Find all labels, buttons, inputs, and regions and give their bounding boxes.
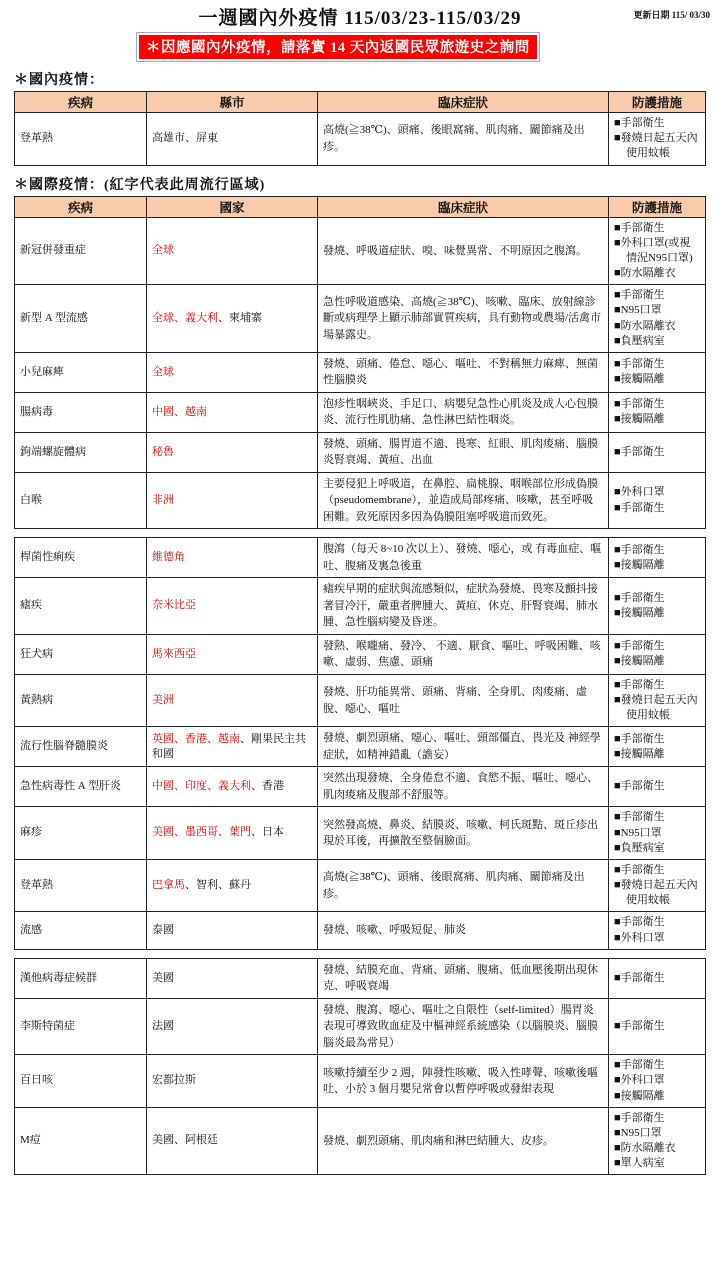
region-list: 宏都拉斯 [147,1055,318,1108]
table-row: 桿菌性痢疾維德角腹瀉（每天 8~10 次以上）、發燒、噁心，或 有毒血症、嘔吐、… [15,538,706,578]
region-segment-highlighted: 維德角 [152,551,185,563]
col-header-country: 國家 [147,196,318,217]
region-segment: 宏都拉斯 [152,1074,196,1086]
protection-measures: ■手部衛生■接觸隔離 [609,352,706,392]
disease-name: 急性病毒性 A 型肝炎 [15,767,147,807]
epidemic-report-page: 一週國內外疫情 115/03/23-115/03/29 更新日期 115/ 03… [0,0,720,1280]
protection-measure-item: ■負壓病室 [614,841,700,856]
disease-name: 流感 [15,912,147,949]
protection-measures: ■手部衛生 [609,958,706,998]
region-segment-highlighted: 全球 [152,244,174,256]
table-row: 瘧疾奈米比亞瘧疾早期的症狀與流感類似，症狀為發燒、畏寒及顫抖接著冒冷汗，嚴重者脾… [15,578,706,635]
table-row: 登革熱巴拿馬、智利、蘇丹高燒(≧38℃)、頭痛、後眼窩痛、肌肉痛、關節痛及出疹。… [15,859,706,912]
clinical-symptoms: 發燒、頭痛、腸胃道不適、畏寒、紅眼、肌肉痠痛、腦膜炎腎衰竭、黃疸、出血 [318,432,609,472]
region-segment-highlighted: 全球 [152,366,174,378]
table-row: 小兒麻痺全球發燒、頭痛、倦怠、噁心、嘔吐、不對稱無力麻痺、無菌性腦膜炎■手部衛生… [15,352,706,392]
protection-measure-item: ■接觸隔離 [614,1089,700,1104]
protection-measure-item: ■手部衛生 [614,1019,700,1034]
protection-measure-item: ■接觸隔離 [614,412,700,427]
disease-name: 桿菌性痢疾 [15,538,147,578]
region-list: 英國、香港、越南、剛果民主共和國 [147,727,318,767]
region-list: 高雄市、屏東 [147,113,318,166]
disease-name: 腸病毒 [15,392,147,432]
international-table-header: 疾病 國家 臨床症狀 防護措施 [15,196,706,217]
protection-measures: ■手部衛生■N95口罩■防水隔離衣■單人病室 [609,1107,706,1175]
protection-measure-item: ■防水隔離衣 [614,266,700,281]
table-row: 登革熱高雄市、屏東高燒(≧38℃)、頭痛、後眼窩痛、肌肉痛、關節痛及出疹。■手部… [15,113,706,166]
table-row: 白喉非洲主要侵犯上呼吸道，在鼻腔、扁桃腺、咽喉部位形成偽膜（pseudomemb… [15,472,706,529]
protection-measures: ■手部衛生■外科口罩 [609,912,706,949]
protection-measure-item: ■手部衛生 [614,221,700,236]
protection-measure-item: ■手部衛生 [614,915,700,930]
region-segment: 泰國 [152,924,174,936]
protection-measure-item: ■手部衛生 [614,732,700,747]
disease-name: 狂犬病 [15,634,147,674]
disease-name: 新冠併發重症 [15,217,147,285]
region-list: 美國、阿根廷 [147,1107,318,1175]
region-segment-highlighted: 奈米比亞 [152,599,196,611]
protection-measure-item: ■手部衛生 [614,501,700,516]
clinical-symptoms: 發燒、腹瀉、噁心、嘔吐之自限性（self-limited）腸胃炎表現可導致敗血症… [318,998,609,1055]
notice-banner-text: ＊因應國內外疫情，請落實 14 天內返國民眾旅遊史之詢問 [139,35,537,59]
domestic-epidemic-table: 疾病 縣市 臨床症狀 防護措施 登革熱高雄市、屏東高燒(≧38℃)、頭痛、後眼窩… [14,91,706,166]
region-list: 泰國 [147,912,318,949]
protection-measures: ■手部衛生■外科口罩(或視情況N95口罩)■防水隔離衣 [609,217,706,285]
protection-measure-item: ■防水隔離衣 [614,1141,700,1156]
region-list: 美國、墨西哥、葉門、日本 [147,807,318,860]
region-segment-highlighted: 美洲 [152,694,174,706]
col-header-disease: 疾病 [15,196,147,217]
clinical-symptoms: 突然發高燒、鼻炎、結膜炎、咳嗽、柯氏斑點、斑丘疹出現於耳後，再擴散至整個臉面。 [318,807,609,860]
clinical-symptoms: 發燒、呼吸道症狀、嗅、味覺異常、不明原因之腹瀉。 [318,217,609,285]
protection-measures: ■手部衛生■接觸隔離 [609,392,706,432]
disease-name: 新型 A 型流感 [15,285,147,353]
col-header-measures: 防護措施 [609,196,706,217]
region-list: 維德角 [147,538,318,578]
protection-measure-item: ■N95口罩 [614,826,700,841]
protection-measure-item: ■N95口罩 [614,303,700,318]
protection-measure-item: ■手部衛生 [614,591,700,606]
protection-measures: ■手部衛生 [609,767,706,807]
col-header-measures: 防護措施 [609,92,706,113]
clinical-symptoms: 泡疹性咽峽炎、手足口、病嬰兒急性心肌炎及成人心包膜炎、流行性肌肋痛、急性淋巴結性… [318,392,609,432]
clinical-symptoms: 發熱、喉嚨痛、發冷、 不適、厭食、嘔吐、呼吸困難、咳嗽、虛弱、焦慮、頭痛 [318,634,609,674]
table-row: 流行性腦脊髓膜炎英國、香港、越南、剛果民主共和國發燒、劇烈頭痛、噁心、嘔吐、頸部… [15,727,706,767]
region-list: 中國、越南 [147,392,318,432]
protection-measure-item: ■外科口罩(或視情況N95口罩) [614,236,700,266]
region-segment: 、柬埔寨 [218,312,262,324]
disease-name: 白喉 [15,472,147,529]
region-segment-highlighted: 巴拿馬 [152,879,185,891]
region-list: 全球 [147,217,318,285]
protection-measures: ■手部衛生■外科口罩■接觸隔離 [609,1055,706,1108]
international-section-heading: ＊國際疫情：(紅字代表此周流行區域) [14,174,720,194]
region-segment: 美國、阿根廷 [152,1134,218,1146]
region-segment: 法國 [152,1020,174,1032]
page-title: 一週國內外疫情 115/03/23-115/03/29 [0,3,720,30]
region-list: 全球、義大利、柬埔寨 [147,285,318,353]
region-segment: 高雄市、屏東 [152,132,218,144]
region-list: 奈米比亞 [147,578,318,635]
international-epidemic-table-2: 桿菌性痢疾維德角腹瀉（每天 8~10 次以上）、發燒、噁心，或 有毒血症、嘔吐、… [14,537,706,949]
region-segment-highlighted: 馬來西亞 [152,648,196,660]
clinical-symptoms: 瘧疾早期的症狀與流感類似，症狀為發燒、畏寒及顫抖接著冒冷汗，嚴重者脾腫大、黃疸、… [318,578,609,635]
protection-measures: ■外科口罩■手部衛生 [609,472,706,529]
region-list: 秘魯 [147,432,318,472]
protection-measure-item: ■發燒日起五天內使用蚊帳 [614,693,700,723]
disease-name: 流行性腦脊髓膜炎 [15,727,147,767]
region-segment-highlighted: 秘魯 [152,446,174,458]
disease-name: 百日咳 [15,1055,147,1108]
clinical-symptoms: 咳嗽持續至少 2 週，陣發性咳嗽、吸入性哮聲、咳嗽後嘔吐、小於 3 個月嬰兒常會… [318,1055,609,1108]
domestic-section-heading: ＊國內疫情： [14,69,720,89]
domestic-table-header: 疾病 縣市 臨床症狀 防護措施 [15,92,706,113]
clinical-symptoms: 發燒、劇烈頭痛、噁心、嘔吐、頸部僵直、畏光及 神經學症狀，如精神錯亂（譫妄） [318,727,609,767]
protection-measure-item: ■N95口罩 [614,1126,700,1141]
disease-name: 李斯特菌症 [15,998,147,1055]
protection-measure-item: ■手部衛生 [614,1058,700,1073]
international-epidemic-table-3: 漢他病毒症候群美國發燒、結膜充血、背痛、頭痛、腹痛、低血壓後期出現休克、呼吸衰竭… [14,958,706,1176]
protection-measure-item: ■手部衛生 [614,863,700,878]
disease-name: 小兒麻痺 [15,352,147,392]
table-row: M痘美國、阿根廷發燒、劇烈頭痛、肌肉痛和淋巴結腫大、皮疹。■手部衛生■N95口罩… [15,1107,706,1175]
protection-measure-item: ■手部衛生 [614,397,700,412]
table-row: 漢他病毒症候群美國發燒、結膜充血、背痛、頭痛、腹痛、低血壓後期出現休克、呼吸衰竭… [15,958,706,998]
clinical-symptoms: 發燒、劇烈頭痛、肌肉痛和淋巴結腫大、皮疹。 [318,1107,609,1175]
region-segment-highlighted: 英國、香港、越南 [152,733,240,745]
region-segment: 、香港 [251,780,284,792]
region-list: 美國 [147,958,318,998]
clinical-symptoms: 發燒、咳嗽、呼吸短促、肺炎 [318,912,609,949]
protection-measures: ■手部衛生■發燒日起五天內使用蚊帳 [609,674,706,727]
protection-measure-item: ■手部衛生 [614,779,700,794]
protection-measure-item: ■單人病室 [614,1156,700,1171]
region-list: 法國 [147,998,318,1055]
protection-measures: ■手部衛生 [609,432,706,472]
col-header-disease: 疾病 [15,92,147,113]
clinical-symptoms: 突然出現發燒、全身倦怠不適、食慾不振、嘔吐、噁心、肌肉痠痛及腹部不舒服等。 [318,767,609,807]
protection-measures: ■手部衛生■N95口罩■防水隔離衣■負壓病室 [609,285,706,353]
clinical-symptoms: 發燒、頭痛、倦怠、噁心、嘔吐、不對稱無力麻痺、無菌性腦膜炎 [318,352,609,392]
table-row: 百日咳宏都拉斯咳嗽持續至少 2 週，陣發性咳嗽、吸入性哮聲、咳嗽後嘔吐、小於 3… [15,1055,706,1108]
protection-measure-item: ■外科口罩 [614,1073,700,1088]
protection-measure-item: ■手部衛生 [614,116,700,131]
region-segment-highlighted: 中國、印度、義大利 [152,780,251,792]
protection-measure-item: ■手部衛生 [614,639,700,654]
protection-measure-item: ■接觸隔離 [614,654,700,669]
region-segment: 、智利、蘇丹 [185,879,251,891]
table-row: 李斯特菌症法國發燒、腹瀉、噁心、嘔吐之自限性（self-limited）腸胃炎表… [15,998,706,1055]
protection-measure-item: ■手部衛生 [614,288,700,303]
protection-measure-item: ■接觸隔離 [614,558,700,573]
protection-measure-item: ■手部衛生 [614,445,700,460]
protection-measures: ■手部衛生 [609,998,706,1055]
protection-measure-item: ■手部衛生 [614,1111,700,1126]
table-row: 狂犬病馬來西亞發熱、喉嚨痛、發冷、 不適、厭食、嘔吐、呼吸困難、咳嗽、虛弱、焦慮… [15,634,706,674]
table-row: 急性病毒性 A 型肝炎中國、印度、義大利、香港突然出現發燒、全身倦怠不適、食慾不… [15,767,706,807]
protection-measure-item: ■手部衛生 [614,971,700,986]
region-list: 全球 [147,352,318,392]
col-header-symptoms: 臨床症狀 [318,92,609,113]
region-segment-highlighted: 中國、越南 [152,406,207,418]
clinical-symptoms: 急性呼吸道感染、高燒(≧38℃)、咳嗽、臨床、放射線診斷或病理學上顯示肺部實質疾… [318,285,609,353]
disease-name: 鉤端螺旋體病 [15,432,147,472]
clinical-symptoms: 高燒(≧38℃)、頭痛、後眼窩痛、肌肉痛、關節痛及出疹。 [318,859,609,912]
protection-measure-item: ■接觸隔離 [614,747,700,762]
clinical-symptoms: 腹瀉（每天 8~10 次以上）、發燒、噁心，或 有毒血症、嘔吐、腹痛及裏急後重 [318,538,609,578]
protection-measure-item: ■負壓病室 [614,334,700,349]
clinical-symptoms: 高燒(≧38℃)、頭痛、後眼窩痛、肌肉痛、關節痛及出疹。 [318,113,609,166]
disease-name: 麻疹 [15,807,147,860]
international-epidemic-table-1: 疾病 國家 臨床症狀 防護措施 新冠併發重症全球發燒、呼吸道症狀、嗅、味覺異常、… [14,196,706,530]
disease-name: 瘧疾 [15,578,147,635]
protection-measure-item: ■發燒日起五天內使用蚊帳 [614,131,700,161]
region-list: 巴拿馬、智利、蘇丹 [147,859,318,912]
table-row: 流感泰國發燒、咳嗽、呼吸短促、肺炎■手部衛生■外科口罩 [15,912,706,949]
disease-name: 登革熱 [15,113,147,166]
disease-name: M痘 [15,1107,147,1175]
region-segment-highlighted: 非洲 [152,494,174,506]
protection-measure-item: ■接觸隔離 [614,606,700,621]
disease-name: 漢他病毒症候群 [15,958,147,998]
clinical-symptoms: 主要侵犯上呼吸道，在鼻腔、扁桃腺、咽喉部位形成偽膜（pseudomembrane… [318,472,609,529]
protection-measures: ■手部衛生■發燒日起五天內使用蚊帳 [609,113,706,166]
table-row: 腸病毒中國、越南泡疹性咽峽炎、手足口、病嬰兒急性心肌炎及成人心包膜炎、流行性肌肋… [15,392,706,432]
protection-measure-item: ■手部衛生 [614,357,700,372]
protection-measure-item: ■外科口罩 [614,485,700,500]
protection-measure-item: ■接觸隔離 [614,372,700,387]
title-row: 一週國內外疫情 115/03/23-115/03/29 更新日期 115/ 03… [0,3,720,29]
col-header-symptoms: 臨床症狀 [318,196,609,217]
protection-measures: ■手部衛生■接觸隔離 [609,727,706,767]
protection-measure-item: ■手部衛生 [614,678,700,693]
updated-date: 更新日期 115/ 03/30 [633,8,710,21]
protection-measures: ■手部衛生■接觸隔離 [609,538,706,578]
region-list: 非洲 [147,472,318,529]
table-row: 黃熱病美洲發燒、肝功能異常、頭痛、背痛、全身肌、肉痠痛、虛脫、噁心、嘔吐■手部衛… [15,674,706,727]
region-segment-highlighted: 美國、墨西哥、葉門 [152,826,251,838]
table-row: 麻疹美國、墨西哥、葉門、日本突然發高燒、鼻炎、結膜炎、咳嗽、柯氏斑點、斑丘疹出現… [15,807,706,860]
region-segment: 、日本 [251,826,284,838]
table-row: 鉤端螺旋體病秘魯發燒、頭痛、腸胃道不適、畏寒、紅眼、肌肉痠痛、腦膜炎腎衰竭、黃疸… [15,432,706,472]
region-list: 馬來西亞 [147,634,318,674]
region-list: 美洲 [147,674,318,727]
protection-measures: ■手部衛生■接觸隔離 [609,634,706,674]
region-segment-highlighted: 全球、義大利 [152,312,218,324]
protection-measures: ■手部衛生■發燒日起五天內使用蚊帳 [609,859,706,912]
protection-measure-item: ■手部衛生 [614,810,700,825]
disease-name: 黃熱病 [15,674,147,727]
region-segment: 美國 [152,972,174,984]
clinical-symptoms: 發燒、結膜充血、背痛、頭痛、腹痛、低血壓後期出現休克、呼吸衰竭 [318,958,609,998]
table-row: 新冠併發重症全球發燒、呼吸道症狀、嗅、味覺異常、不明原因之腹瀉。■手部衛生■外科… [15,217,706,285]
protection-measures: ■手部衛生■N95口罩■負壓病室 [609,807,706,860]
disease-name: 登革熱 [15,859,147,912]
protection-measure-item: ■防水隔離衣 [614,319,700,334]
protection-measure-item: ■發燒日起五天內使用蚊帳 [614,878,700,908]
table-row: 新型 A 型流感全球、義大利、柬埔寨急性呼吸道感染、高燒(≧38℃)、咳嗽、臨床… [15,285,706,353]
protection-measures: ■手部衛生■接觸隔離 [609,578,706,635]
notice-banner: ＊因應國內外疫情，請落實 14 天內返國民眾旅遊史之詢問 [136,32,540,62]
clinical-symptoms: 發燒、肝功能異常、頭痛、背痛、全身肌、肉痠痛、虛脫、噁心、嘔吐 [318,674,609,727]
col-header-county: 縣市 [147,92,318,113]
protection-measure-item: ■手部衛生 [614,543,700,558]
protection-measure-item: ■外科口罩 [614,931,700,946]
region-list: 中國、印度、義大利、香港 [147,767,318,807]
